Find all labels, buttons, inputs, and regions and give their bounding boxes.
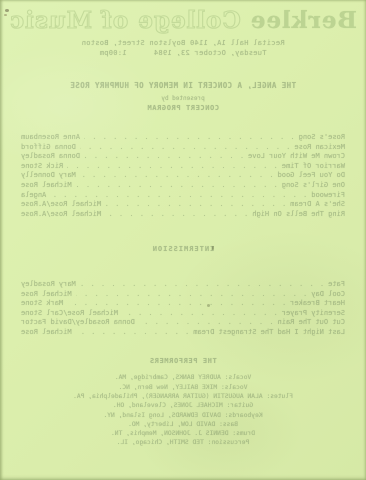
song-title: Mexican Rose [294,143,345,153]
performer-line: Drums: DENNIS J. JOHNSON, Memphis, TN. [111,429,255,438]
concert-title: THE ANGEL, A CONCERT IN MEMORY OF HUMPHR… [0,81,366,90]
program-row: Fate. . . . . . . . . . . . . . . . . . … [21,280,345,290]
dot-leader: . . . . . . . . . . . . . . . . . . . . … [105,210,248,220]
scanned-program-page: Berklee College of Music Recital Hall 1A… [0,0,366,480]
program-row: Warrior Of Time. . . . . . . . . . . . .… [21,162,345,172]
song-title: Do You Feel Good [278,171,345,181]
dot-leader: . . . . . . . . . . . . . . . . . . . . … [80,171,274,181]
song-title: Cut Out The Rain [278,318,345,328]
program-list-second-half: Fate. . . . . . . . . . . . . . . . . . … [21,280,345,337]
program-row: Firewood. . . . . . . . . . . . . . . . … [21,191,345,201]
song-title: Warrior Of Time [282,162,345,172]
performers-list: Vocals: AUDREY BANKS, Cambridge, MA. Voc… [0,373,366,447]
program-row: One Girl's Song. . . . . . . . . . . . .… [21,181,345,191]
performers-heading: THE PERFORMERS [0,357,366,365]
performer-line: Vocals: AUDREY BANKS, Cambridge, MA. [115,373,251,382]
program-row: Cut Out The Rain. . . . . . . . . . . . … [21,318,345,328]
dot-leader: . . . . . . . . . . . . . . . . . . . . … [84,133,295,143]
performer-name: Michael Rose [21,181,72,191]
dot-leader: . . . . . . . . . . . . . . . . . . . . … [122,309,278,319]
song-title: Heart Breaker [290,299,345,309]
song-title: One Girl's Song [282,181,345,191]
performer-name: Mary Donnelly [21,171,76,181]
dot-leader: . . . . . . . . . . . . . . . . . . . . … [139,318,274,328]
scan-speck [207,304,210,307]
performer-name: Michael Rose/A.Rose [21,200,101,210]
program-list-first-half: Rose's Song. . . . . . . . . . . . . . .… [21,133,345,219]
dot-leader: . . . . . . . . . . . . . . . . . . . . … [105,200,286,210]
program-row: Mexican Rose. . . . . . . . . . . . . . … [21,143,345,153]
song-title: Fate [328,280,345,290]
performer-name: Michael Rose/Carl Stone [21,309,118,319]
dot-leader: . . . . . . . . . . . . . . . . . . . . … [80,143,291,153]
program-row: Cool Day. . . . . . . . . . . . . . . . … [21,290,345,300]
berklee-logo-rest: College of Music [9,7,250,34]
performer-line: Flutes: ALAN AUGUSTIN (GUITAR ARRANGER),… [73,392,293,401]
dot-leader: . . . . . . . . . . . . . . . . . . . . … [76,181,278,191]
dot-leader: . . . . . . . . . . . . . . . . . . . . … [50,191,307,201]
performer-name: Donna Gifford [21,143,76,153]
song-title: Ring The Bells On High [252,210,345,220]
program-row: Heart Breaker. . . . . . . . . . . . . .… [21,299,345,309]
scan-speck [4,14,7,16]
intermission-heading: INTERMISSION [0,245,366,253]
dot-leader: . . . . . . . . . . . . . . . . . . . . … [80,280,324,290]
program-row: Serenity Prayer. . . . . . . . . . . . .… [21,309,345,319]
dot-leader: . . . . . . . . . . . . . . . . . . . . … [76,290,308,300]
program-heading: CONCERT PROGRAM [0,104,366,112]
program-row: Rose's Song. . . . . . . . . . . . . . .… [21,133,345,143]
presented-by-line: presented by [0,95,366,102]
program-row: Do You Feel Good. . . . . . . . . . . . … [21,171,345,181]
dot-leader: . . . . . . . . . . . . . . . . . . . . … [84,152,244,162]
program-row: Crown Me With Your Love. . . . . . . . .… [21,152,345,162]
song-title: Cool Day [311,290,345,300]
performer-name: Michael Rose/A.Rose [21,210,101,220]
song-title: Crown Me With Your Love [248,152,345,162]
venue-address-line: Recital Hall 1A, 1140 Boylston Street, B… [0,39,366,47]
performer-name: Donna Rosadley [21,152,80,162]
berklee-logo-brand: Berklee [250,7,357,34]
performer-name: Donna Rosadley/David Factor [21,318,135,328]
performer-line: Guitar: MICHAEL JONES, Cleveland, OH. [113,401,253,410]
song-title: Serenity Prayer [282,309,345,319]
performer-name: Mary Rosadley [21,280,76,290]
mirrored-showthrough-content: Berklee College of Music Recital Hall 1A… [0,0,366,480]
song-title: She's A Dream [290,200,345,210]
berklee-logo: Berklee College of Music [0,7,366,34]
performer-name: Michael Rose [21,290,72,300]
performer-name: Mark Stone [21,299,63,309]
performer-line: Vocals: MIKE BAILEY, New Bern, NC. [119,383,248,392]
scan-speck [212,246,214,250]
performer-line: Keyboards: DAVID EDWARDS, Long Island, N… [103,411,262,420]
performer-name: Angela [21,191,46,201]
program-row: Ring The Bells On High. . . . . . . . . … [21,210,345,220]
scan-speck [5,9,9,12]
song-title: Firewood [311,191,345,201]
performer-line: Percussion: TED SMITH, Chicago, IL. [117,438,250,447]
program-row: Last Night I Had The Strangest Dream. . … [21,328,345,338]
song-title: Rose's Song [299,133,345,143]
performer-name: Anne Rosenbaum [21,133,80,143]
dot-leader: . . . . . . . . . . . . . . . . . . . . … [67,162,278,172]
performer-name: Rick Stone [21,162,63,172]
dot-leader: . . . . . . . . . . . . . . . . . . . . … [76,328,190,338]
date-time-line: Tuesday, October 23, 1984 1:00pm [0,49,366,57]
song-title: Last Night I Had The Strangest Dream [193,328,345,338]
program-row: She's A Dream. . . . . . . . . . . . . .… [21,200,345,210]
performer-name: Michael Rose [21,328,72,338]
dot-leader: . . . . . . . . . . . . . . . . . . . . … [67,299,286,309]
performer-line: Bass: DAVID LOW, Liberty, MO. [128,420,238,429]
